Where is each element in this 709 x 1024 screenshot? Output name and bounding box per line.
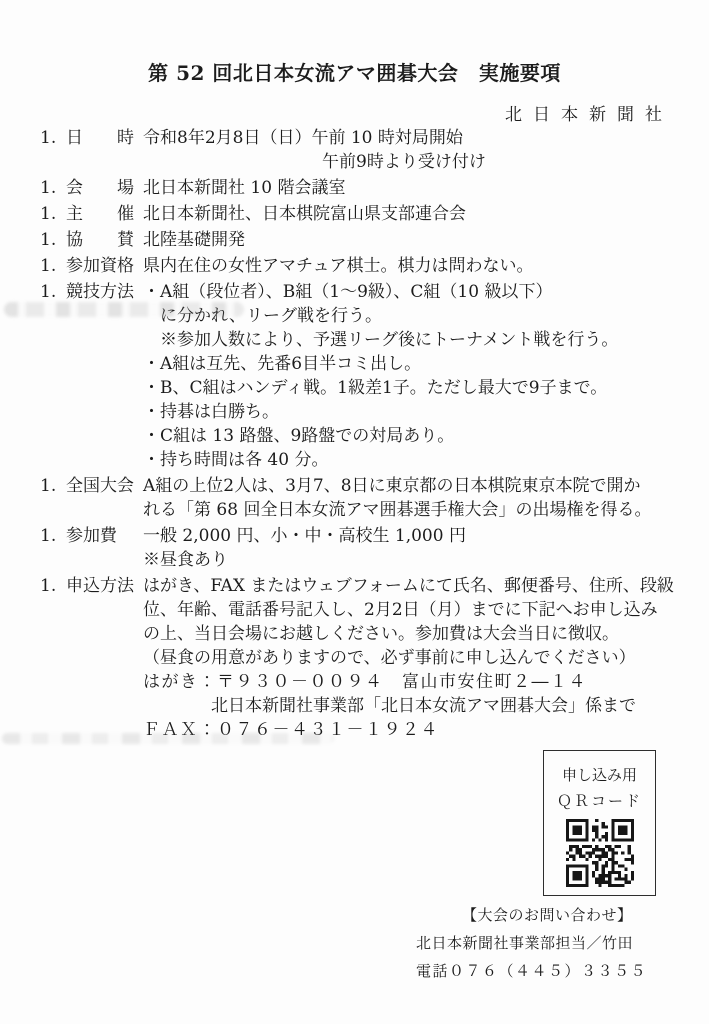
item-head: 1.会 場 [40, 176, 143, 200]
item-number: 1. [40, 524, 66, 548]
item-number: 1. [40, 254, 66, 278]
text-line: 午前9時より受け付け [322, 150, 695, 174]
item-value: 北陸基礎開発 [143, 228, 695, 252]
text-line: ※参加人数により、予選リーグ後にトーナメント戦を行う。 [160, 328, 695, 352]
item-label: 参加資格 [66, 256, 134, 276]
qr-application-box: 申し込み用 ＱＲコード [543, 750, 656, 896]
contact-staff: 北日本新聞社事業部担当／竹田 [416, 929, 647, 957]
document-title: 第 52 回北日本女流アマ囲碁大会 実施要項 [0, 57, 709, 86]
text-line: （昼食の用意がありますので、必ず事前に申し込んでください） [143, 646, 695, 670]
postcard-address-line: はがき：〒９３０－００９４ 富山市安住町２―１４ [143, 670, 695, 694]
item-datetime: 1.日 時 令和8年2月8日（日）午前 10 時対局開始 午前9時より受け付け [40, 126, 695, 174]
item-head: 1.競技方法 [40, 280, 143, 304]
item-eligibility: 1.参加資格 県内在住の女性アマチュア棋士。棋力は問わない。 [40, 254, 695, 278]
item-number: 1. [40, 474, 66, 498]
qr-code-icon [566, 819, 634, 887]
item-head: 1.参加資格 [40, 254, 143, 278]
item-rules: 1.競技方法 ・A組（段位者）、B組（1～9級）、C組（10 級以下） に分かれ… [40, 280, 695, 472]
qr-caption-line1: 申し込み用 [544, 762, 655, 788]
item-value: ・A組（段位者）、B組（1～9級）、C組（10 級以下） に分かれ、リーグ戦を行… [143, 280, 695, 472]
item-number: 1. [40, 176, 66, 200]
text-line: ・A組（段位者）、B組（1～9級）、C組（10 級以下） [143, 280, 695, 304]
items-list: 1.日 時 令和8年2月8日（日）午前 10 時対局開始 午前9時より受け付け … [40, 126, 695, 742]
item-head: 1.協 賛 [40, 228, 143, 252]
text-line: 一般 2,000 円、小・中・高校生 1,000 円 [143, 524, 695, 548]
item-value: はがき、FAX またはウェブフォームにて氏名、郵便番号、住所、段級 位、年齢、電… [143, 574, 695, 742]
item-value: A組の上位2人は、3月7、8日に東京都の日本棋院東京本院で開か れる「第 68 … [143, 474, 695, 522]
item-label: 会 場 [66, 178, 134, 198]
item-value: 北日本新聞社 10 階会議室 [143, 176, 695, 200]
contact-phone: 電話０７６（４４５）３３５５ [416, 957, 647, 985]
item-head: 1.申込方法 [40, 574, 143, 598]
item-label: 参加費 [66, 526, 117, 546]
text-line: 令和8年2月8日（日）午前 10 時対局開始 [143, 126, 695, 150]
item-venue: 1.会 場 北日本新聞社 10 階会議室 [40, 176, 695, 200]
item-label: 主 催 [66, 204, 134, 224]
text-line: の上、当日会場にお越しください。参加費は大会当日に徴収。 [143, 622, 695, 646]
text-line: はがき、FAX またはウェブフォームにて氏名、郵便番号、住所、段級 [143, 574, 695, 598]
scanned-document-page: 第 52 回北日本女流アマ囲碁大会 実施要項 北日本新聞社 1.日 時 令和8年… [0, 0, 709, 1024]
text-line: 位、年齢、電話番号記入し、2月2日（月）までに下記へお申し込み [143, 598, 695, 622]
contact-block: 【大会のお問い合わせ】 北日本新聞社事業部担当／竹田 電話０７６（４４５）３３５… [416, 901, 647, 985]
item-organizer: 1.主 催 北日本新聞社、日本棋院富山県支部連合会 [40, 202, 695, 226]
item-label: 全国大会 [66, 476, 134, 496]
text-line: ・A組は互先、先番6目半コミ出し。 [143, 352, 695, 376]
text-line: ・B、C組はハンディ戦。1級差1子。ただし最大で9子まで。 [143, 376, 695, 400]
item-national-tournament: 1.全国大会 A組の上位2人は、3月7、8日に東京都の日本棋院東京本院で開か れ… [40, 474, 695, 522]
text-line: ・持碁は白勝ち。 [143, 400, 695, 424]
contact-heading: 【大会のお問い合わせ】 [462, 901, 647, 929]
item-number: 1. [40, 228, 66, 252]
item-number: 1. [40, 202, 66, 226]
text-line: 北日本新聞社、日本棋院富山県支部連合会 [143, 202, 695, 226]
text-line: 北陸基礎開発 [143, 228, 695, 252]
item-label: 日 時 [66, 128, 134, 148]
text-line: 北日本新聞社 10 階会議室 [143, 176, 695, 200]
organization-name: 北日本新聞社 [505, 100, 673, 125]
qr-caption-line2: ＱＲコード [544, 788, 655, 814]
item-sponsor: 1.協 賛 北陸基礎開発 [40, 228, 695, 252]
item-label: 協 賛 [66, 230, 134, 250]
item-head: 1.参加費 [40, 524, 143, 548]
text-line: に分かれ、リーグ戦を行う。 [160, 304, 695, 328]
text-line: れる「第 68 回全日本女流アマ囲碁選手権大会」の出場権を得る。 [143, 498, 695, 522]
text-line: 県内在住の女性アマチュア棋士。棋力は問わない。 [143, 254, 695, 278]
item-value: 県内在住の女性アマチュア棋士。棋力は問わない。 [143, 254, 695, 278]
item-entry-fee: 1.参加費 一般 2,000 円、小・中・高校生 1,000 円 ※昼食あり [40, 524, 695, 572]
postcard-address-line: 北日本新聞社事業部「北日本女流アマ囲碁大会」係まで [211, 694, 695, 718]
item-head: 1.主 催 [40, 202, 143, 226]
item-label: 競技方法 [66, 282, 134, 302]
item-value: 令和8年2月8日（日）午前 10 時対局開始 午前9時より受け付け [143, 126, 695, 174]
item-head: 1.全国大会 [40, 474, 143, 498]
item-number: 1. [40, 280, 66, 304]
text-line: ※昼食あり [143, 548, 695, 572]
item-value: 一般 2,000 円、小・中・高校生 1,000 円 ※昼食あり [143, 524, 695, 572]
item-head: 1.日 時 [40, 126, 143, 150]
text-line: A組の上位2人は、3月7、8日に東京都の日本棋院東京本院で開か [143, 474, 695, 498]
item-value: 北日本新聞社、日本棋院富山県支部連合会 [143, 202, 695, 226]
item-label: 申込方法 [66, 576, 134, 596]
text-line: ・C組は 13 路盤、9路盤での対局あり。 [143, 424, 695, 448]
item-number: 1. [40, 574, 66, 598]
text-line: ・持ち時間は各 40 分。 [143, 448, 695, 472]
item-application: 1.申込方法 はがき、FAX またはウェブフォームにて氏名、郵便番号、住所、段級… [40, 574, 695, 742]
item-number: 1. [40, 126, 66, 150]
fax-number-line: ＦＡＸ：０７６－４３１－１９２４ [143, 718, 695, 742]
